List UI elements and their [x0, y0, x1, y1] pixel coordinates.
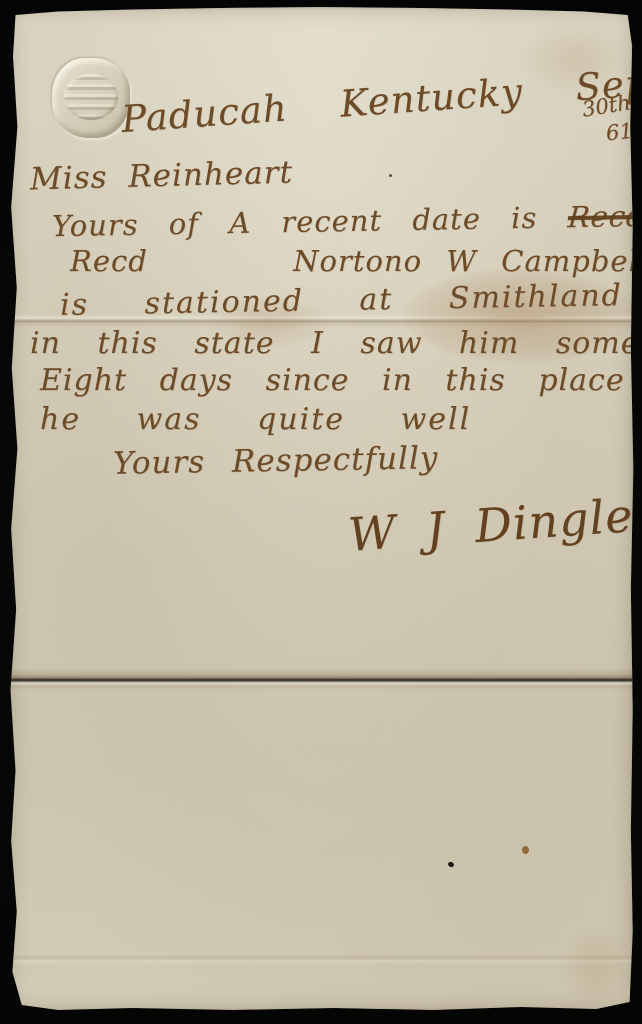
- body-line: in this state I saw him some: [30, 326, 639, 361]
- body-line: he was quite well: [40, 402, 471, 437]
- letter-paper: Paducah Kentucky Sep 30th 61 Miss Reinhe…: [8, 6, 634, 1012]
- closing-line: Yours Respectfully: [113, 440, 439, 482]
- salutation-line: Miss Reinheart: [30, 155, 294, 198]
- stain-bottom-right: [560, 926, 634, 1010]
- ink-speck-tiny: [389, 174, 392, 177]
- dateline-year: 61: [605, 119, 634, 146]
- fold-crease-middle: [8, 668, 634, 690]
- ink-speck-black: [447, 861, 455, 868]
- signature: W J Dingle: [346, 488, 635, 562]
- scanned-letter-page: Paducah Kentucky Sep 30th 61 Miss Reinhe…: [0, 0, 642, 1024]
- dateline-place: Paducah Kentucky Sep: [120, 61, 642, 141]
- embossed-stationery-seal: [52, 58, 130, 138]
- body-line: Recd Nortono W Campbell: [70, 244, 642, 278]
- fold-crease-lower: [8, 954, 634, 964]
- embossed-seal-ridges: [64, 74, 118, 120]
- body-line: Yours of A recent date is Recd: [52, 199, 642, 243]
- body-line-text: Yours of A recent date is: [52, 200, 568, 243]
- ink-speck-brown: [522, 846, 529, 854]
- body-line: Eight days since in this place: [40, 363, 625, 398]
- struck-out-word: Recd: [566, 199, 642, 234]
